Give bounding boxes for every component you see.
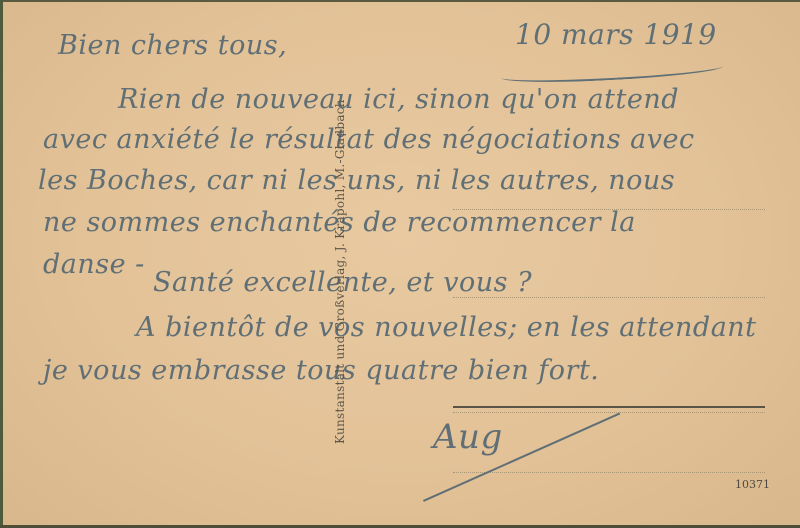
address-line-4 — [453, 472, 765, 473]
address-line-1 — [453, 209, 765, 210]
postcard: Bien chers tous, 10 mars 1919 Rien de no… — [3, 2, 800, 525]
letter-line-8: je vous embrasse tous quatre bien fort. — [43, 355, 599, 386]
letter-line-7: A bientôt de vos nouvelles; en les atten… — [136, 312, 757, 343]
letter-line-1: Rien de nouveau ici, sinon qu'on attend — [118, 84, 679, 115]
address-line-solid — [453, 406, 765, 408]
date-underline — [501, 58, 724, 86]
letter-line-5: danse - — [43, 249, 145, 280]
publisher-imprint: Kunstanstalt und Großverlag, J. Krapohl,… — [333, 99, 347, 444]
letter-line-3: les Boches, car ni les uns, ni les autre… — [38, 165, 675, 196]
salutation: Bien chers tous, — [58, 30, 287, 61]
letter-line-2: avec anxiété le résultat des négociation… — [43, 124, 695, 155]
serial-number: 10371 — [735, 478, 770, 491]
address-line-3 — [453, 412, 765, 413]
date: 10 mars 1919 — [515, 18, 717, 51]
signature: Aug — [433, 417, 503, 457]
address-line-2 — [453, 297, 765, 298]
